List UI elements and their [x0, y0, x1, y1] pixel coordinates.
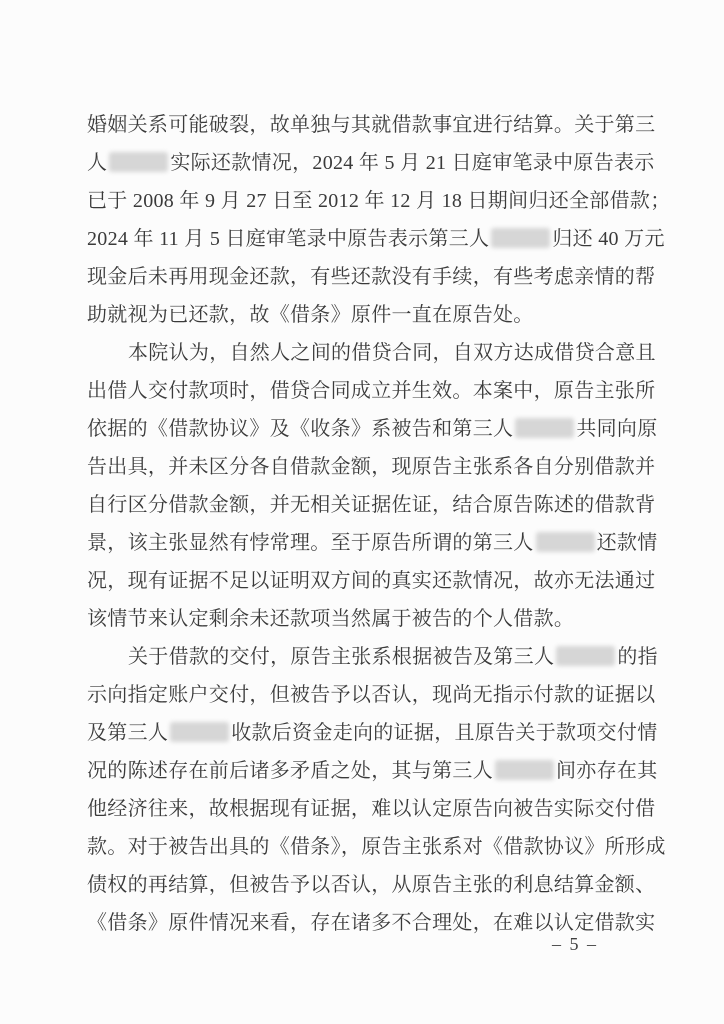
text-run: 景，该主张显然有悖常理。至于原告所谓的第三人: [87, 532, 534, 554]
document-page: 婚姻关系可能破裂，故单独与其就借款事宜进行结算。关于第三人实际还款情况，2024…: [0, 0, 724, 1024]
redacted-name: [515, 418, 574, 438]
text-line: 现金后未再用现金还款，有些还款没有手续，有些考虑亲情的帮: [87, 258, 640, 296]
text-run: 实际还款情况，2024 年 5 月 21 日庭审笔录中原告表示: [170, 152, 654, 174]
text-line: 已于 2008 年 9 月 27 日至 2012 年 12 月 18 日期间归还…: [87, 182, 640, 220]
redacted-name: [109, 152, 168, 172]
text-run: 况，现有证据不足以证明双方间的真实还款情况，故亦无法通过: [87, 570, 655, 592]
text-line: 款。对于被告出具的《借条》，原告主张系对《借款协议》所形成: [87, 828, 640, 866]
text-line: 况的陈述存在前后诸多矛盾之处，其与第三人间亦存在其: [87, 752, 640, 790]
text-run: 款。对于被告出具的《借条》，原告主张系对《借款协议》所形成: [87, 836, 666, 858]
text-run: 人: [87, 152, 107, 174]
redacted-name: [491, 228, 550, 248]
text-run: 助就视为已还款，故《借条》原件一直在原告处。: [87, 304, 534, 326]
text-line: 关于借款的交付，原告主张系根据被告及第三人的指: [87, 638, 640, 676]
text-line: 本院认为，自然人之间的借贷合同，自双方达成借贷合意且: [87, 334, 640, 372]
text-line: 出借人交付款项时，借贷合同成立并生效。本案中，原告主张所: [87, 372, 640, 410]
text-line: 他经济往来，故根据现有证据，难以认定原告向被告实际交付借: [87, 790, 640, 828]
text-line: 人实际还款情况，2024 年 5 月 21 日庭审笔录中原告表示: [87, 144, 640, 182]
text-line: 示向指定账户交付，但被告予以否认，现尚无指示付款的证据以: [87, 676, 640, 714]
text-run: 及第三人: [87, 722, 168, 744]
text-run: 的指: [617, 646, 658, 668]
page-number: – 5 –: [552, 934, 632, 955]
text-run: 依据的《借款协议》及《收条》系被告和第三人: [87, 418, 513, 440]
text-run: 关于借款的交付，原告主张系根据被告及第三人: [128, 646, 554, 668]
text-run: 自行区分借款金额，并无相关证据佐证，结合原告陈述的借款背: [87, 494, 655, 516]
text-run: 《借条》原件情况来看，存在诸多不合理处，在难以认定借款实: [87, 912, 655, 934]
text-line: 助就视为已还款，故《借条》原件一直在原告处。: [87, 296, 640, 334]
text-line: 债权的再结算，但被告予以否认，从原告主张的利息结算金额、: [87, 866, 640, 904]
text-run: 本院认为，自然人之间的借贷合同，自双方达成借贷合意且: [128, 342, 656, 364]
document-body: 婚姻关系可能破裂，故单独与其就借款事宜进行结算。关于第三人实际还款情况，2024…: [87, 106, 640, 942]
redacted-name: [556, 646, 615, 666]
text-run: 已于 2008 年 9 月 27 日至 2012 年 12 月 18 日期间归还…: [87, 190, 671, 212]
redacted-name: [170, 722, 229, 742]
redacted-name: [536, 532, 595, 552]
text-run: 还款情: [597, 532, 658, 554]
text-run: 2024 年 11 月 5 日庭审笔录中原告表示第三人: [87, 228, 489, 250]
text-run: 债权的再结算，但被告予以否认，从原告主张的利息结算金额、: [87, 874, 655, 896]
text-line: 自行区分借款金额，并无相关证据佐证，结合原告陈述的借款背: [87, 486, 640, 524]
text-run: 婚姻关系可能破裂，故单独与其就借款事宜进行结算。关于第三: [87, 114, 655, 136]
text-line: 告出具，并未区分各自借款金额，现原告主张系各自分别借款并: [87, 448, 640, 486]
text-run: 况的陈述存在前后诸多矛盾之处，其与第三人: [87, 760, 493, 782]
text-line: 况，现有证据不足以证明双方间的真实还款情况，故亦无法通过: [87, 562, 640, 600]
text-run: 告出具，并未区分各自借款金额，现原告主张系各自分别借款并: [87, 456, 655, 478]
redacted-name: [495, 760, 554, 780]
text-run: 收款后资金走向的证据，且原告关于款项交付情: [231, 722, 657, 744]
text-line: 依据的《借款协议》及《收条》系被告和第三人共同向原: [87, 410, 640, 448]
text-run: 共同向原: [576, 418, 657, 440]
text-run: 示向指定账户交付，但被告予以否认，现尚无指示付款的证据以: [87, 684, 655, 706]
text-line: 该情节来认定剩余未还款项当然属于被告的个人借款。: [87, 600, 640, 638]
text-line: 婚姻关系可能破裂，故单独与其就借款事宜进行结算。关于第三: [87, 106, 640, 144]
text-line: 2024 年 11 月 5 日庭审笔录中原告表示第三人归还 40 万元: [87, 220, 640, 258]
text-run: 他经济往来，故根据现有证据，难以认定原告向被告实际交付借: [87, 798, 655, 820]
text-run: 该情节来认定剩余未还款项当然属于被告的个人借款。: [87, 608, 574, 630]
text-run: 间亦存在其: [556, 760, 658, 782]
text-run: 归还 40 万元: [552, 228, 664, 250]
text-run: 出借人交付款项时，借贷合同成立并生效。本案中，原告主张所: [87, 380, 655, 402]
text-line: 景，该主张显然有悖常理。至于原告所谓的第三人还款情: [87, 524, 640, 562]
text-line: 及第三人收款后资金走向的证据，且原告关于款项交付情: [87, 714, 640, 752]
text-run: 现金后未再用现金还款，有些还款没有手续，有些考虑亲情的帮: [87, 266, 655, 288]
